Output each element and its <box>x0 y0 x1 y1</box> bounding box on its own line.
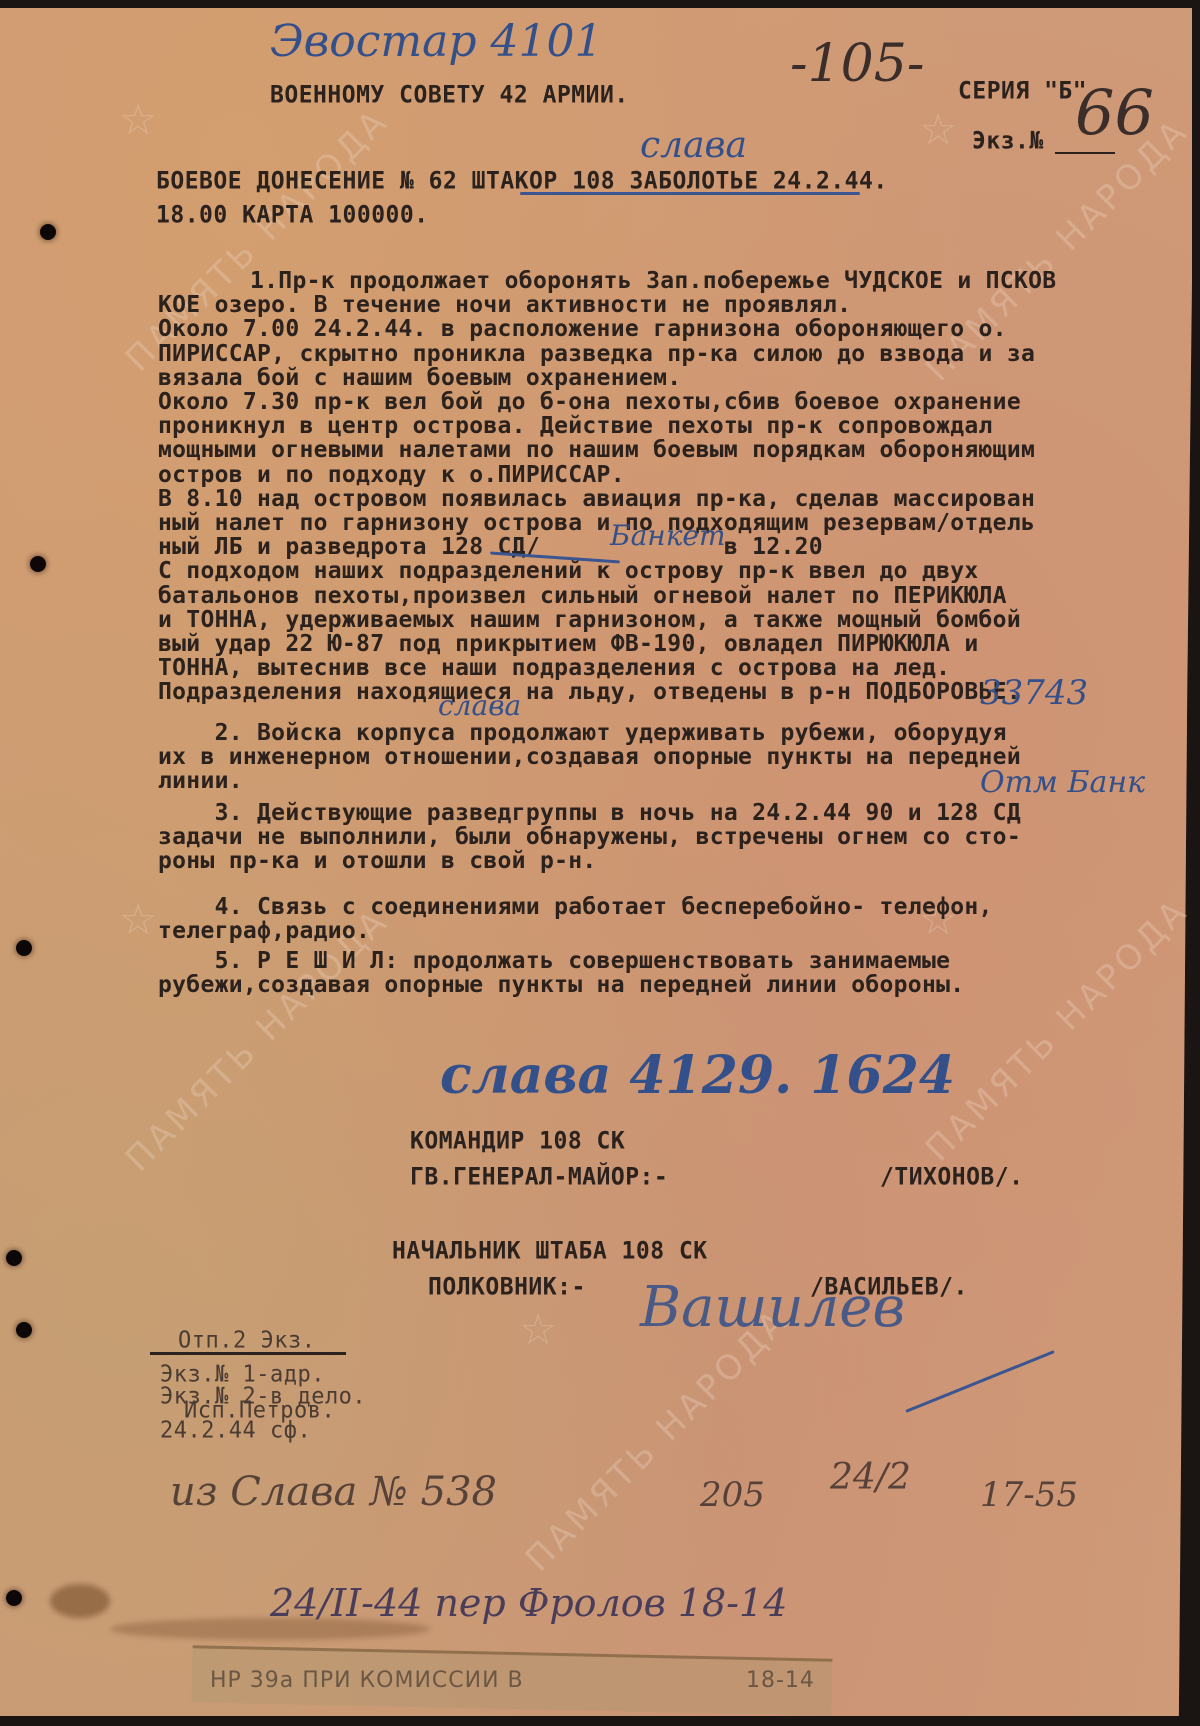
addressee: ВОЕННОМУ СОВЕТУ 42 АРМИИ. <box>270 83 629 107</box>
report-time-map: 18.00 КАРТА 100000. <box>156 203 429 227</box>
handwritten-receipt-source: из Слава № 538 <box>170 1472 497 1512</box>
report-line: проникнул в центр острова. Действие пехо… <box>158 415 993 438</box>
report-line: 3. Действующие разведгруппы в ночь на 24… <box>158 802 1021 825</box>
handwritten-slava-top: слава <box>640 128 747 164</box>
report-line: 5. Р Е Ш И Л: продолжать совершенствоват… <box>158 950 950 973</box>
report-line: и ТОННА, удерживаемых нашим гарнизоном, … <box>158 609 1021 632</box>
report-line: мощными огневыми налетами по нашим боевы… <box>158 439 1035 462</box>
handwritten-number-mid: 33743 <box>980 676 1088 710</box>
report-line: Около 7.00 24.2.44. в расположение гарни… <box>158 318 1007 341</box>
scan-border-top <box>0 0 1200 8</box>
handwritten-receipt-time: 17-55 <box>980 1478 1078 1512</box>
paper-stain <box>50 1584 110 1618</box>
distribution-header: Отп.2 Экз. <box>178 1329 315 1352</box>
commander-title: КОМАНДИР 108 СК <box>410 1129 625 1153</box>
handwritten-final-line: 24/II-44 пер Фролов 18-14 <box>270 1584 787 1622</box>
report-line: рубежи,создавая опорные пункты на передн… <box>158 974 964 997</box>
punch-hole <box>40 224 56 240</box>
report-line: линии. <box>158 770 243 793</box>
distribution-line: 24.2.44 сф. <box>160 1419 311 1442</box>
report-line: вязала бой с нашим боевым охранением. <box>158 367 681 390</box>
stamp-text: НР 39а ПРИ КОМИССИИ В <box>210 1668 524 1693</box>
report-line: остров и по подходу к о.ПИРИССАР. <box>158 464 625 487</box>
report-line: роны пр-ка и отошли в свой р-н. <box>158 850 597 873</box>
report-line: ТОННА, вытеснив все наши подразделения с… <box>158 657 950 680</box>
punch-hole <box>6 1250 22 1266</box>
commander-rank: ГВ.ГЕНЕРАЛ-МАЙОР:- <box>410 1165 668 1189</box>
handwritten-top-number: -105- <box>790 38 924 90</box>
report-title: БОЕВОЕ ДОНЕСЕНИЕ № 62 ШТАКОР 108 ЗАБОЛОТ… <box>156 169 888 193</box>
handwritten-receipt-code: 205 <box>700 1478 765 1512</box>
report-line: телеграф,радио. <box>158 920 370 943</box>
commander-name: /ТИХОНОВ/. <box>880 1165 1023 1189</box>
report-line: 4. Связь с соединениями работает беспере… <box>158 896 993 919</box>
copy-number-underline <box>1055 152 1115 154</box>
report-line: ный налет по гарнизону острова и по подх… <box>158 512 1035 535</box>
handwritten-slava-mid: слава <box>438 692 521 720</box>
handwritten-receipt-date: 24/2 <box>830 1460 911 1496</box>
report-line: В 8.10 над островом появилась авиация пр… <box>158 488 1035 511</box>
report-line: С подходом наших подразделений к острову… <box>158 560 979 583</box>
handwritten-slava-bottom: слава 4129. 1624 <box>440 1050 955 1102</box>
distribution-underline <box>150 1352 346 1355</box>
report-line: ПИРИССАР, скрытно проникла разведка пр-к… <box>158 343 1035 366</box>
report-line: задачи не выполнили, были обнаружены, вс… <box>158 826 1021 849</box>
report-line: Подразделения находящиеся на льду, отвед… <box>158 681 1021 704</box>
series-label: СЕРИЯ "Б" <box>958 79 1087 103</box>
ink-underline <box>520 192 860 195</box>
handwritten-bankey: Банкет <box>610 522 726 550</box>
report-line: Около 7.30 пр-к вел бой до б-она пехоты,… <box>158 391 1021 414</box>
handwritten-top-note: Эвостар 4101 <box>270 20 603 64</box>
punch-hole <box>6 1590 22 1606</box>
report-line: вый удар 22 Ю-87 под прикрытием ФВ-190, … <box>158 633 979 656</box>
report-line: КОЕ озеро. В течение ночи активности не … <box>158 294 851 317</box>
punch-hole <box>16 1322 32 1338</box>
report-line: их в инженерном отношении,создавая опорн… <box>158 746 1021 769</box>
report-line: 1.Пр-к продолжает оборонять Зап.побережь… <box>250 270 1056 293</box>
copy-label: Экз.№ <box>972 129 1044 153</box>
stamp-time: 18-14 <box>746 1668 815 1693</box>
handwritten-signature: Вашилев <box>640 1280 905 1336</box>
report-line: 2. Войска корпуса продолжают удерживать … <box>158 722 1007 745</box>
chief-of-staff-rank: ПОЛКОВНИК:- <box>428 1275 586 1299</box>
punch-hole <box>16 940 32 956</box>
punch-hole <box>30 556 46 572</box>
chief-of-staff-title: НАЧАЛЬНИК ШТАБА 108 СК <box>392 1239 708 1263</box>
report-line: батальонов пехоты,произвел сильный огнев… <box>158 585 1007 608</box>
scan-border-bottom <box>0 1716 1200 1726</box>
handwritten-otm-bank: Отм Банк <box>980 768 1145 798</box>
